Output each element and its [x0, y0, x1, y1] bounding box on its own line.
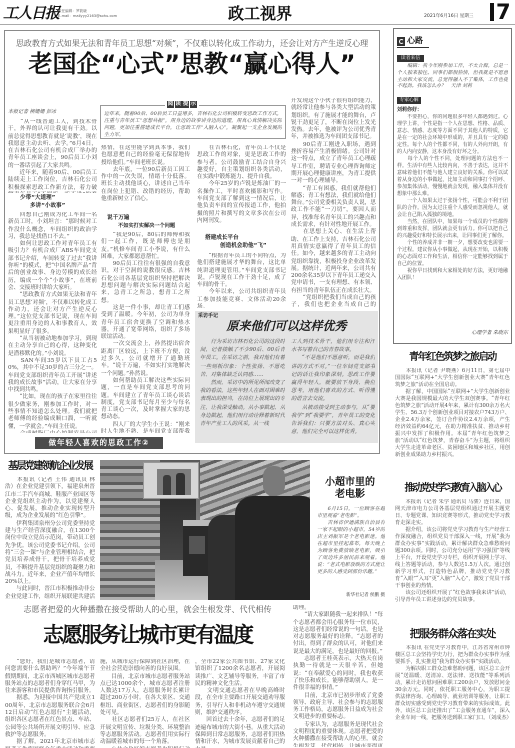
photo-man-body	[235, 496, 310, 600]
main-article-col1-text-b: 回想自己刚成为化工车间一名新员工时，小刘坦言：“那时候对工作没什么概念，车间组织…	[8, 212, 97, 433]
email-line: E-mail：mailyyy2163@sohu.com	[58, 14, 117, 19]
main-article-col3-text-b: “根据青年员工的不同特点，为他们搭建施展才华的舞台，这比单纯讲道理更管用。”车间…	[197, 253, 286, 308]
column-logo-icon	[397, 37, 405, 46]
expert-signature: 心理学者 朱晓东	[397, 330, 508, 336]
main-article-col2-text-b: “我是90后，80后的师傅和我们一起工作，既是师傅也是朋友。”机修车间青工小李说…	[101, 232, 190, 433]
expert-answer-label: 专家心解	[397, 97, 421, 104]
main-article-col1-text-a: “从一线普通工人，到技术骨干，外界的认可让我更有干劲。以前总觉得思想教育就是‘说…	[8, 119, 97, 193]
header-rule	[0, 24, 515, 25]
main-article-col3-text-a: 在吉林石化，青年员工不仅是思政工作的对象，更是思政工作的参与者。公司鼓励青工结合…	[197, 145, 286, 232]
column-logo-glyph	[399, 39, 404, 44]
advice-column-title: 心路	[407, 35, 423, 45]
main-article-subhead-3: 搭建成长平台 创造机会助他“飞”	[197, 235, 286, 250]
editor-line: 责任编辑：罗筱晓	[58, 9, 87, 14]
subhead-line: 少带“大道理”	[8, 195, 97, 203]
supermarket-movie-photo	[100, 460, 310, 600]
subhead-line: 搭建成长平台	[197, 235, 286, 243]
main-article-col4-text: 开发现这个小伙子很有组织能力，就经常让他参与各类大型活动的策划组织。有了施展才能…	[291, 98, 376, 307]
photo-story-headline-line: 老电影	[316, 489, 384, 501]
news-text-party-history: 本报讯（记者 朱学 通讯员 马骏）连日来，国网天津市电力公司各基层党组织通过开展…	[395, 499, 510, 620]
photo-story-headline: 小超市里的 老电影	[316, 477, 384, 500]
photo-caption: 新华社记者 侯鹏 摄	[300, 593, 385, 599]
volunteer-story-headline: 志愿服务让城市更有温度	[5, 620, 290, 650]
news-text-youth-red-journey: 本报讯（记者 尹晓燕）6月11日，第七届中国国际“互联网+”大学生创新创业大赛“…	[395, 368, 510, 481]
news-headline-serve-masses: 把服务群众落在实处	[393, 627, 512, 641]
photo-man-head	[263, 466, 285, 496]
photo-film-figure	[163, 475, 171, 495]
party-story-text: 本报讯（记者 王伟 通讯员 林浩）在企业党建引领下，福建泉州晋江市二手汽车商城、…	[5, 477, 95, 600]
interview-notes-col-b: 工人到技术骨干，他们用专注和汗水书写着自己的青春故事。 “不是他们不愿意听，而是…	[291, 338, 375, 441]
volunteer-story-col4: 助理。 “请大家跟随我一起来排队！”每个志愿者都会用心服务每一位市民，这是志愿者…	[293, 605, 383, 747]
reading-tip-label-char: 读	[175, 101, 182, 108]
expert-answer-text: 不要担心，你的问题很多年轻人都遇到过。心理学上讲，个性是指一个人在思想、性格、品…	[397, 114, 508, 327]
reading-tip-label-char: 示	[190, 101, 197, 108]
main-article-col2-text-a: 热情，在这里能学到真本事，我们也愿意把自己的经验毫无保留地传授给他们。”车间老班…	[101, 145, 190, 212]
series-banner: 做年轻人喜欢的思政工作②	[35, 437, 163, 449]
party-story-headline: 基层党建领航企业发展	[4, 460, 96, 474]
main-article-kicker: 思政教育方式如果无法和青年员工思想“对频”，不仅难以转化成工作动力，还会让对方产…	[4, 39, 380, 49]
news-headline-youth-red-journey: 青年红色筑梦之旅启动	[393, 351, 512, 365]
page-number-bar	[490, 3, 494, 21]
photo-projection-screen	[143, 462, 199, 499]
subhead-line: 说千万遍	[101, 215, 190, 223]
volunteer-story-col3: ，全市22家公共图书馆、27家文化馆组织了1200余名志愿者，开展阅读推广、文艺…	[195, 659, 285, 748]
reading-tip-label-char: 提	[182, 101, 189, 108]
news-text-serve-masses: 本报讯 在党史学习教育中，江苏省常州市钟楼区总工会坚持学史力行，把为群众办实事作…	[395, 645, 510, 746]
volunteer-story-kicker: 志愿者把爱的火种播撒在接受帮助人的心里，就会生根发芽、代代相传	[5, 605, 290, 615]
main-article-subhead-2: 说千万遍 不如实打实解决一个问题	[101, 215, 190, 230]
issue-date: 2021年6月16日 星期三	[424, 14, 473, 20]
reader-letter-label: 读者来信	[397, 55, 424, 62]
expert-answer-greeting: 刘莉你好：	[397, 107, 422, 113]
section-title: 政工视界	[228, 4, 292, 24]
reading-tip-label-char: 阅	[167, 101, 174, 108]
news-headline-party-history: 推动党史学习教育入脑入心	[393, 482, 512, 496]
reader-letter-text: 编辑：我今年刚参加工作，不太合群，总是一个人独来独往。同事们都很热情，但我就是不…	[397, 63, 508, 92]
subhead-line: 多讲“小故事”	[8, 203, 97, 211]
subhead-line: 不如实打实解决一个问题	[101, 223, 190, 231]
photo-film-still	[157, 469, 191, 495]
main-article-byline: 本报记者 柳姗姗 彭冰	[8, 109, 56, 115]
main-article-headline: 老国企“心式”思教“赢心得人”	[4, 49, 380, 79]
newspaper-logo: 工人日报	[3, 3, 59, 23]
photo-film-figure	[176, 473, 185, 495]
interview-notes-col-a: 行为采访吉林石化公司的这段时间，记者接触了不少90后、00后青年员工。在采访之前…	[200, 338, 285, 441]
photo-cabinet-panel	[189, 536, 205, 554]
volunteer-story-col2: 施，从城市运行保障到社区治理，在全社会营造崇德向善的良好氛围。 目前，北京市城市…	[100, 659, 190, 748]
interview-notes-title: 原来他们可以这样优秀	[195, 319, 378, 334]
subhead-line: 创造机会助他“飞”	[197, 243, 286, 251]
photo-story-text: 6月15日，一位顾客在超市里观看“老电影”。 吉林省伊通满族自治县有一家不起眼的…	[317, 506, 385, 591]
page-number: 7	[496, 0, 511, 24]
volunteer-story-col1: “您好，我们是城市志愿者，请问您需要什么帮助吗？”今年端午节假期期间，北京市西城…	[5, 659, 95, 748]
main-article-subhead-1: 少带“大道理” 多讲“小故事”	[8, 195, 97, 210]
reading-tip-text: 近年来，随着90后、00后员工日益增多，吉林石化公司积极转变思政工作方式，注重与…	[104, 111, 282, 137]
photo-story-headline-line: 小超市里的	[316, 477, 384, 489]
column-title-underline	[397, 47, 429, 48]
reading-tip-label: 阅 读 提 示	[165, 101, 199, 108]
